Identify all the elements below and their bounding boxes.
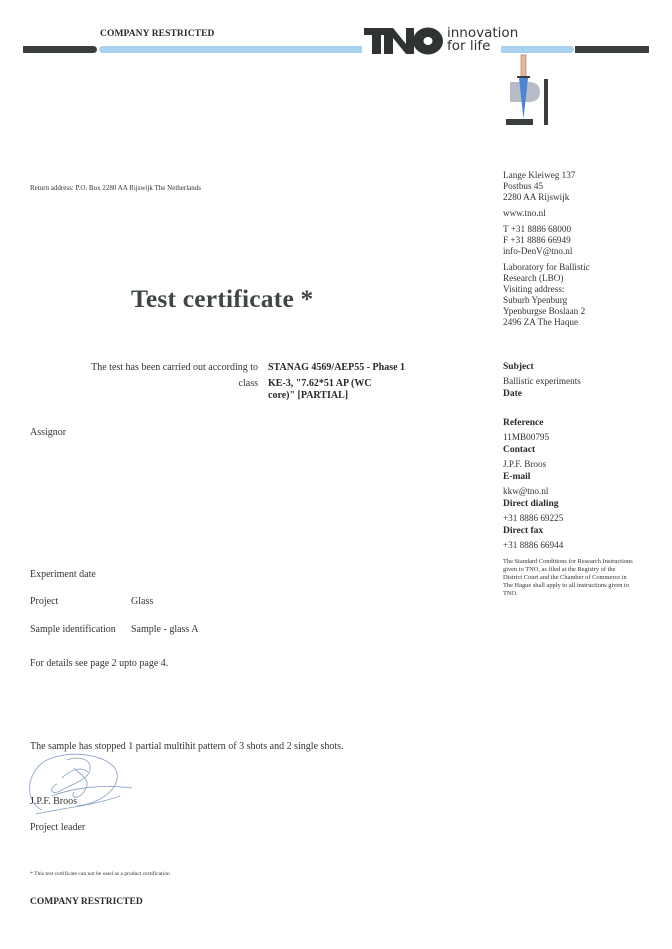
details-note: For details see page 2 upto page 4.	[30, 658, 168, 669]
address-line: 2280 AA Rijswijk	[503, 192, 590, 203]
class-value: KE-3, "7.62*51 AP (WC core)" [PARTIAL]	[268, 378, 372, 402]
standard-label: The test has been carried out according …	[91, 362, 258, 373]
experiment-date-label: Experiment date	[30, 569, 96, 580]
lab-line: 2496 ZA The Haque	[503, 317, 590, 328]
field-label-email: E-mail	[503, 471, 581, 485]
field-label-reference: Reference	[503, 417, 581, 431]
sidebar-fields: Subject Ballistic experiments Date Refer…	[503, 361, 581, 552]
page-title: Test certificate *	[131, 284, 314, 314]
tno-logo-icon	[364, 26, 444, 56]
lab-line: Research (LBO)	[503, 273, 590, 284]
header-classification: COMPANY RESTRICTED	[100, 29, 215, 39]
header-bar-right-dark	[575, 46, 649, 53]
fax-number: F +31 8886 66949	[503, 235, 590, 246]
tno-tagline: innovation for life	[447, 27, 518, 53]
field-label-contact: Contact	[503, 444, 581, 458]
sidebar-address: Lange Kleiweg 137 Postbus 45 2280 AA Rij…	[503, 170, 590, 328]
website-link[interactable]: www.tno.nl	[503, 208, 590, 219]
field-label-direct-fax: Direct fax	[503, 525, 581, 539]
field-label-subject: Subject	[503, 361, 581, 375]
project-value: Glass	[131, 596, 153, 607]
address-line: Postbus 45	[503, 181, 590, 192]
header-bar-left-dark	[23, 46, 97, 53]
ballistic-emblem-icon	[500, 52, 560, 132]
project-label: Project	[30, 596, 58, 607]
email-link[interactable]: info-DenV@tno.nl	[503, 246, 590, 257]
field-value-direct-dialing: +31 8886 69225	[503, 512, 581, 526]
address-line: Lange Kleiweg 137	[503, 170, 590, 181]
phone-number: T +31 8886 68000	[503, 224, 590, 235]
footer-classification: COMPANY RESTRICTED	[30, 897, 143, 907]
field-value-reference: 11MB00795	[503, 431, 581, 445]
field-value-direct-fax: +31 8886 66944	[503, 539, 581, 553]
sample-label: Sample identification	[30, 624, 116, 635]
field-label-direct-dialing: Direct dialing	[503, 498, 581, 512]
lab-line: Ypenburgse Boslaan 2	[503, 306, 590, 317]
class-value-line: KE-3, "7.62*51 AP (WC	[268, 378, 372, 390]
return-address: Return address: P.O. Box 2280 AA Rijswij…	[30, 184, 201, 192]
field-value-email[interactable]: kkw@tno.nl	[503, 485, 581, 499]
assignor-label: Assignor	[30, 427, 66, 438]
field-value-subject: Ballistic experiments	[503, 375, 581, 389]
lab-line: Suburb Ypenburg	[503, 295, 590, 306]
standard-value: STANAG 4569/AEP55 - Phase 1	[268, 362, 405, 373]
standard-conditions: The Standard Conditions for Research Ins…	[503, 558, 633, 598]
signer-role: Project leader	[30, 822, 85, 833]
lab-line: Laboratory for Ballistic	[503, 262, 590, 273]
header-bar-left-blue	[99, 46, 362, 53]
class-value-line: core)" [PARTIAL]	[268, 390, 372, 402]
signer-name: J.P.F. Broos	[30, 796, 77, 807]
field-value-date	[503, 402, 581, 416]
signature-icon	[22, 748, 137, 818]
class-label: class	[239, 378, 258, 389]
lab-line: Visiting address:	[503, 284, 590, 295]
field-value-contact: J.P.F. Broos	[503, 458, 581, 472]
sample-value: Sample - glass A	[131, 624, 199, 635]
footnote: * This test certificate can not be used …	[30, 871, 170, 877]
field-label-date: Date	[503, 388, 581, 402]
